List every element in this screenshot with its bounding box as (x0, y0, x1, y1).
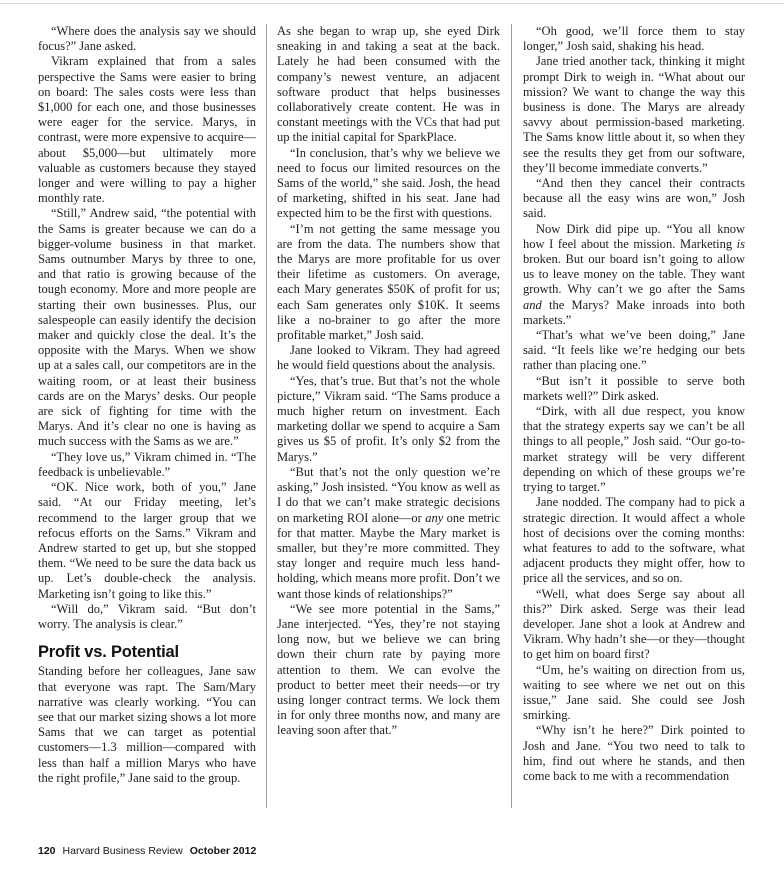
paragraph: Standing before her colleagues, Jane saw… (38, 664, 256, 786)
paragraph: “But isn’t it possible to serve both mar… (523, 374, 745, 404)
paragraph: “Um, he’s waiting on direction from us, … (523, 663, 745, 724)
paragraph: “Where does the analysis say we should f… (38, 24, 256, 54)
paragraph: “Yes, that’s true. But that’s not the wh… (277, 374, 500, 465)
paragraph: “Still,” Andrew said, “the potential wit… (38, 206, 256, 449)
paragraph: “They love us,” Vikram chimed in. “The f… (38, 450, 256, 480)
column-divider (511, 24, 512, 808)
section-heading: Profit vs. Potential (38, 645, 256, 660)
column-divider (266, 24, 267, 808)
paragraph: “OK. Nice work, both of you,” Jane said.… (38, 480, 256, 602)
paragraph: “Oh good, we’ll force them to stay longe… (523, 24, 745, 54)
paragraph: Jane tried another tack, thinking it mig… (523, 54, 745, 176)
paragraph: “Well, what does Serge say about all thi… (523, 587, 745, 663)
paragraph: Now Dirk did pipe up. “You all know how … (523, 222, 745, 328)
paragraph: As she began to wrap up, she eyed Dirk s… (277, 24, 500, 146)
paragraph: “I’m not getting the same message you ar… (277, 222, 500, 344)
column-3: “Oh good, we’ll force them to stay longe… (523, 24, 745, 784)
magazine-page: “Where does the analysis say we should f… (0, 0, 784, 888)
paragraph: “And then they cancel their contracts be… (523, 176, 745, 222)
column-1: “Where does the analysis say we should f… (38, 24, 256, 786)
paragraph: “Will do,” Vikram said. “But don’t worry… (38, 602, 256, 632)
publication-name: Harvard Business Review (63, 845, 183, 857)
page-number: 120 (38, 845, 56, 857)
paragraph: “Dirk, with all due respect, you know th… (523, 404, 745, 495)
issue-date: October 2012 (190, 845, 257, 857)
column-2: As she began to wrap up, she eyed Dirk s… (277, 24, 500, 739)
paragraph: “Why isn’t he here?” Dirk pointed to Jos… (523, 723, 745, 784)
paragraph: “That’s what we’ve been doing,” Jane sai… (523, 328, 745, 374)
paragraph: Jane nodded. The company had to pick a s… (523, 495, 745, 586)
paragraph: “But that’s not the only question we’re … (277, 465, 500, 602)
paragraph: “We see more potential in the Sams,” Jan… (277, 602, 500, 739)
paragraph: “In conclusion, that’s why we believe we… (277, 146, 500, 222)
paragraph: Vikram explained that from a sales persp… (38, 54, 256, 206)
page-top-hairline (0, 3, 784, 4)
page-footer: 120 Harvard Business Review October 2012 (38, 845, 256, 857)
article-body: “Where does the analysis say we should f… (38, 24, 746, 808)
paragraph: Jane looked to Vikram. They had agreed h… (277, 343, 500, 373)
